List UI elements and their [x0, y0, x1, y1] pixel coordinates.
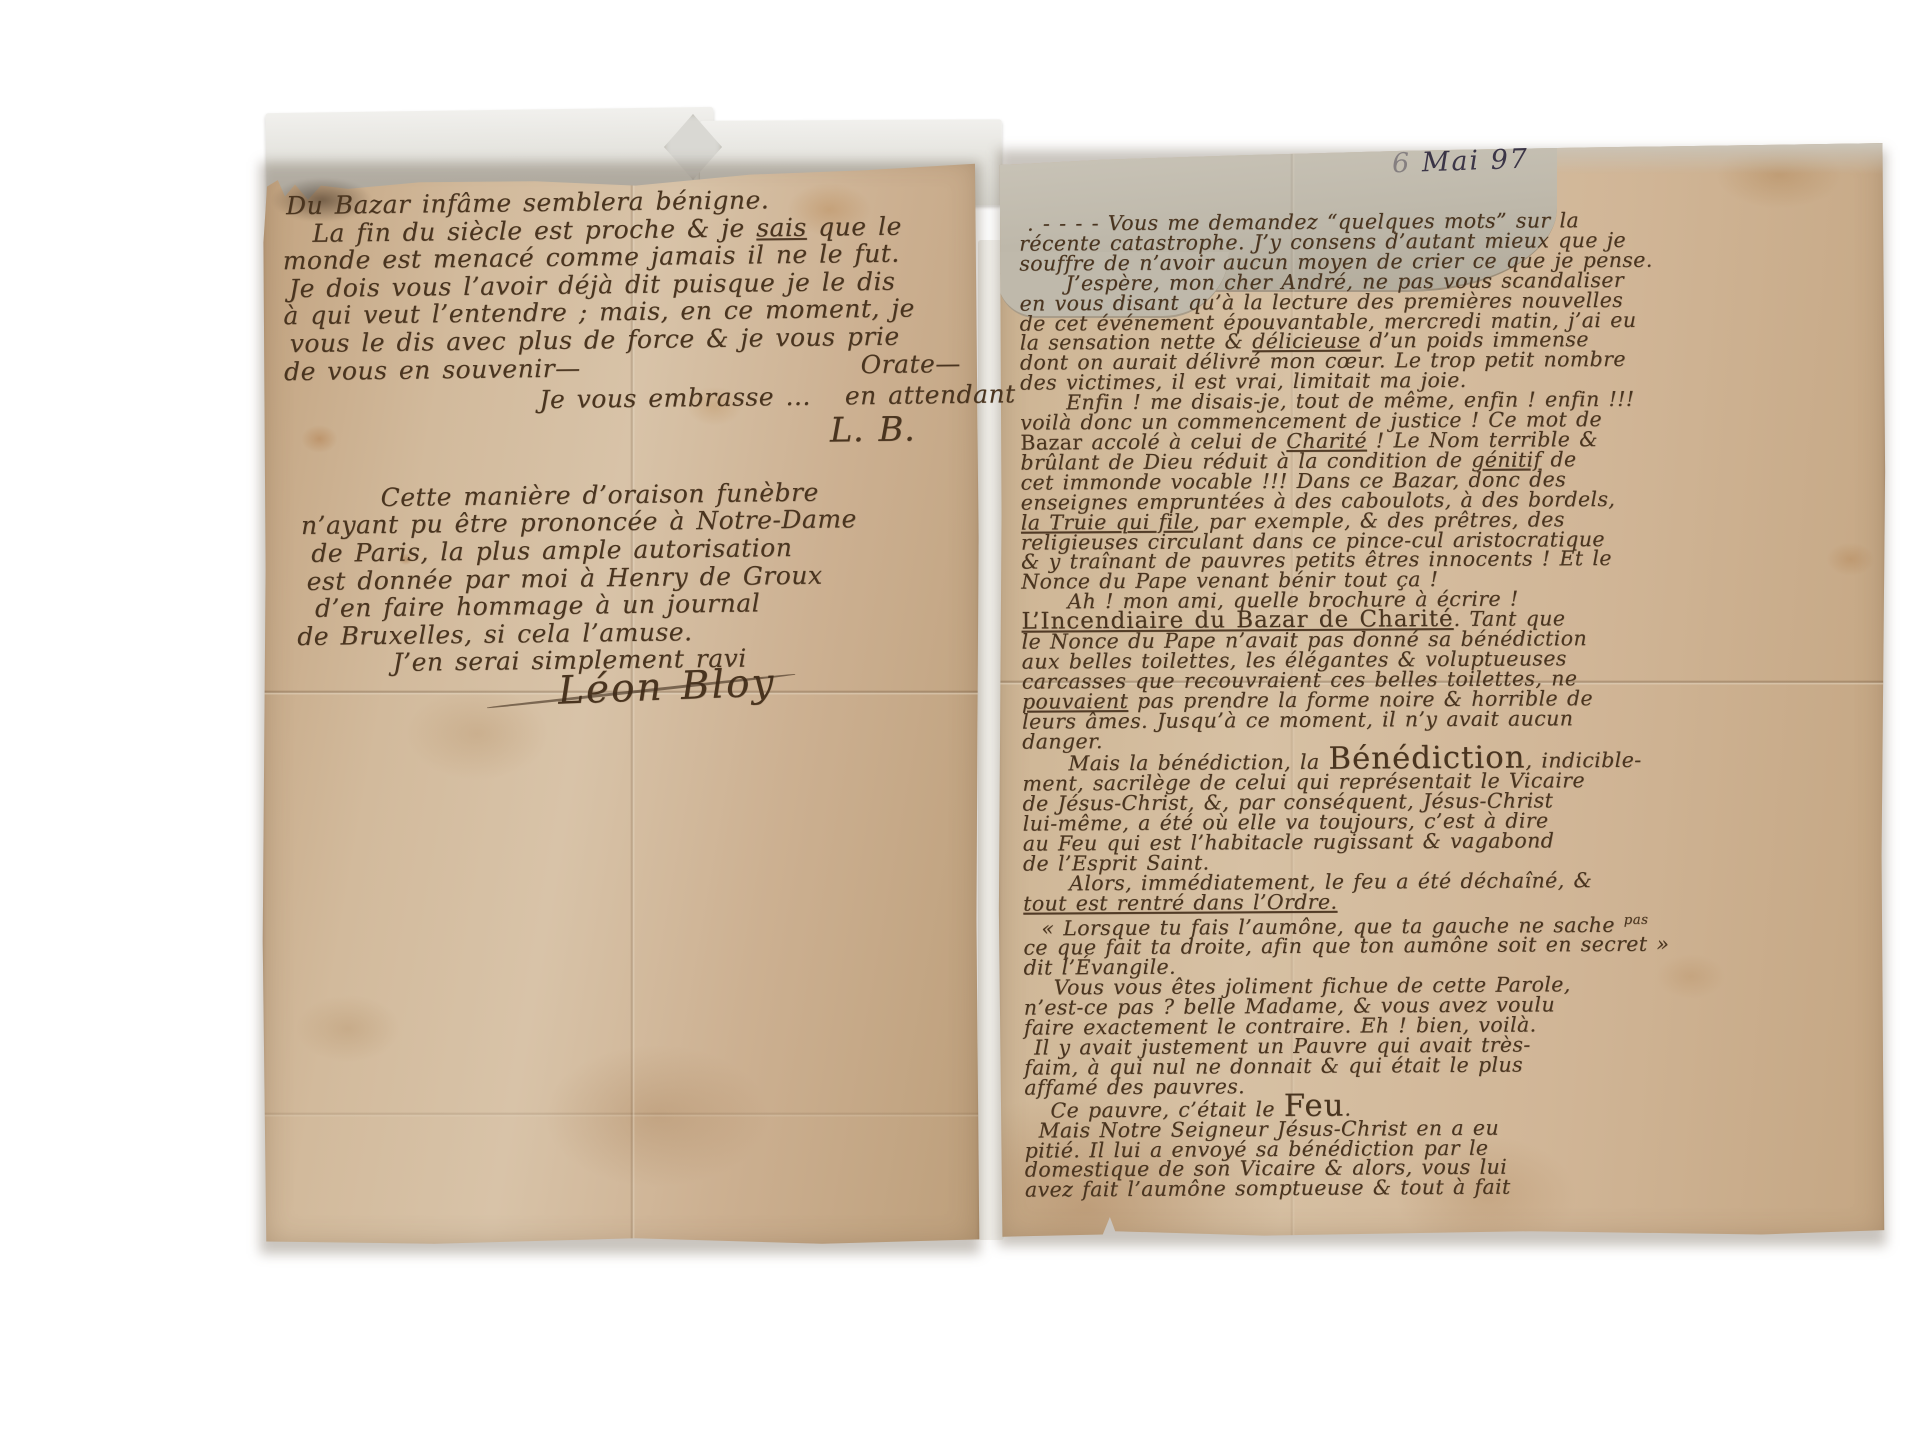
- handwriting-segment: de vous en souvenir—: [284, 353, 581, 386]
- handwriting-line: L. B.: [830, 411, 977, 449]
- letter-photo: Du Bazar infâme semblera bénigne.La fin …: [0, 0, 1920, 1440]
- handwriting-segment: Léon Bloy: [557, 660, 776, 713]
- handwriting-segment: d’en faire hommage à un journal: [315, 589, 761, 623]
- handwriting-segment: Orate—: [860, 349, 961, 379]
- handwriting-segment: affamé des pauvres.: [1024, 1074, 1245, 1099]
- handwriting-segment: L. B.: [830, 409, 916, 450]
- date-annotation: 6 Mai 97: [1392, 144, 1530, 180]
- handwriting-segment: leurs âmes. Jusqu’à ce moment, il n’y av…: [1022, 706, 1573, 733]
- date-day: 6: [1392, 147, 1423, 179]
- handwriting-segment: avez fait l’aumône somptueuse & tout à f…: [1025, 1175, 1511, 1202]
- handwriting-line: Léon Bloy: [558, 669, 777, 705]
- handwriting-segment: tout est rentré dans l’Ordre.: [1023, 890, 1337, 916]
- fold-crease-horizontal-faint: [262, 1112, 980, 1117]
- handwriting-segment: en attendant: [845, 379, 1016, 410]
- handwriting-segment: danger.: [1022, 729, 1103, 753]
- handwriting-segment: Je vous embrasse ...: [539, 382, 811, 414]
- handwriting-segment: sais: [756, 212, 807, 242]
- handwriting-left: Du Bazar infâme semblera bénigne.La fin …: [282, 184, 980, 706]
- handwriting-segment: que le: [807, 211, 902, 241]
- handwriting-segment: pas: [1624, 913, 1649, 928]
- handwriting-right: . - - - - Vous me demandez “quelques mot…: [1019, 209, 1883, 1200]
- handwriting-line: de vous en souvenir—Orate—: [284, 349, 976, 385]
- date-month-year: Mai 97: [1421, 144, 1529, 179]
